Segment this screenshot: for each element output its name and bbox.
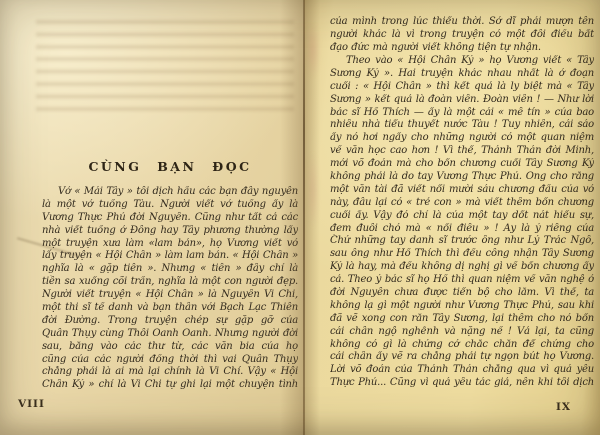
text-line: Sương Ký ». Hai truyện khác nhau nhất là… — [330, 68, 594, 81]
text-line: ấy nó hơi ngấy cho những người có một qu… — [330, 132, 594, 145]
text-line: cuối ấy. Vậy đó chỉ là của một tay dốt n… — [330, 210, 594, 223]
text-line: không có gì là chứng cớ chắc chắn để chứ… — [330, 339, 594, 352]
text-line: nhiêu nhà tiểu thuyết nước Tàu ! Tuy nhi… — [330, 119, 594, 132]
text-line: nghĩa là « gặp tiên ». Nhưng « tiên » đâ… — [42, 263, 298, 276]
ink-bleed-stain — [306, 22, 320, 78]
text-line: cái chân ấy vẽ ra chẳng phải tự ngọn bút… — [330, 351, 594, 364]
text-line: sau ông như Hồ Thích thì đều công nhận T… — [330, 248, 594, 261]
text-line: người khác là vì trong truyện có một đôi… — [330, 29, 594, 42]
text-line: Sương » kết quả là đoàn viên. Đoàn viên … — [330, 94, 594, 107]
text-line: về văn học cao hơn ! Vì thế, Thánh Thán … — [330, 145, 594, 158]
page-number-left: VIII — [18, 398, 45, 410]
text-line: đạo đức mà người viết không tiện tự nhận… — [330, 42, 594, 55]
left-page: CÙNG BẠN ĐỌC Vở « Mái Tây » tôi dịch hầu… — [0, 0, 304, 435]
right-text-paragraph-1: của mình trong lúc thiếu thời. Sở dĩ phả… — [330, 16, 594, 55]
text-line: chẳng phải là ai mà lại chính là Vi Chí.… — [42, 366, 298, 379]
text-line: không lạ gì một người như Vương Thực Phủ… — [330, 300, 594, 313]
text-line: đem đuôi chó mà « nối điêu » ! Ấy là ý r… — [330, 223, 594, 236]
text-line: Vương Thực Phủ đời Nguyên. Cũng như tất … — [42, 212, 298, 225]
right-page: của mình trong lúc thiếu thời. Sở dĩ phả… — [304, 0, 600, 435]
text-line: lấy truyện « Hội Chân » làm lam bản. « H… — [42, 250, 298, 263]
text-line: không phải là do tay Vương Thực Phủ. Ông… — [330, 171, 594, 184]
text-line: Quân Thụy cùng Thôi Oanh Oanh. Nhưng ngư… — [42, 328, 298, 341]
text-line: sau, bằng vào các thư từ, các văn bia củ… — [42, 341, 298, 354]
text-line: đời Đường. Trong truyện chép sự gặp gỡ c… — [42, 315, 298, 328]
section-title: CÙNG BẠN ĐỌC — [42, 159, 298, 174]
text-line: cái chân ngộ nghễnh và nặng nề ! Vả lại,… — [330, 326, 594, 339]
ink-bleed-stain — [307, 150, 319, 230]
text-line: cũng của các người đồng thời thì vai Quâ… — [42, 354, 298, 367]
book-scan: CÙNG BẠN ĐỌC Vở « Mái Tây » tôi dịch hầu… — [0, 0, 600, 435]
text-line: của mình trong lúc thiếu thời. Sở dĩ phả… — [330, 16, 594, 29]
text-line: Theo vào « Hội Chân Ký » họ Vương viết «… — [330, 55, 594, 68]
right-text-paragraph-2: Theo vào « Hội Chân Ký » họ Vương viết «… — [330, 55, 594, 390]
text-line: đời Nguyên chưa được tiến bộ cho lắm. Vì… — [330, 287, 594, 300]
text-line: Chứ những tay danh sĩ trước ông như Lý T… — [330, 235, 594, 248]
text-line: này, đâu lại có « trẻ con » mà viết thêm… — [330, 197, 594, 210]
text-line: một văn tài đã viết nổi mười sáu chương … — [330, 184, 594, 197]
text-line: Người viết truyện « Hội Chân » là Nguyên… — [42, 289, 298, 302]
text-line: Chân Ký » chỉ là Vi Chi tự ghi lại một c… — [42, 379, 298, 392]
page-number-right: IX — [556, 401, 571, 413]
text-line: cuối : « Hội Chân » thì kết quả là ly bi… — [330, 81, 594, 94]
text-line: là một vở tuồng Tàu. Người viết vở tuồng… — [42, 199, 298, 212]
text-line: mới võ đoán mà cho bốn chương cuối Tây S… — [330, 158, 594, 171]
text-line: đã vẽ xong con rắn Tây Sương, lại thêm c… — [330, 313, 594, 326]
text-line: nhà viết tuồng ở Đông hay Tây phương thư… — [42, 225, 298, 238]
text-line: Lời võ đoán của Thánh Thán chẳng qua vì … — [330, 364, 594, 377]
left-text-block: Vở « Mái Tây » tôi dịch hầu các bạn đây … — [42, 186, 298, 392]
text-line: Thực Phủ... Cũng vì quá yêu tác giả, nên… — [330, 377, 594, 390]
text-line: tiên sa xuống cõi trần, nghĩa là một con… — [42, 276, 298, 289]
text-line: một thi sĩ tề danh và bạn thân với Bạch … — [42, 302, 298, 315]
text-line: một truyện xưa làm «lam bản», họ Vương v… — [42, 238, 298, 251]
text-line: bác sĩ Hồ Thích — ấy là một cái « mê tín… — [330, 107, 594, 120]
text-line: Vở « Mái Tây » tôi dịch hầu các bạn đây … — [42, 186, 298, 199]
book-gutter-fold — [303, 0, 305, 435]
bleedthrough-ghost-text — [36, 20, 294, 114]
text-line: Ký là hay, mà đều không dị nghị gì về bố… — [330, 261, 594, 274]
text-line: cả. Theo ý bác sĩ họ Hồ thì quan niệm về… — [330, 274, 594, 287]
